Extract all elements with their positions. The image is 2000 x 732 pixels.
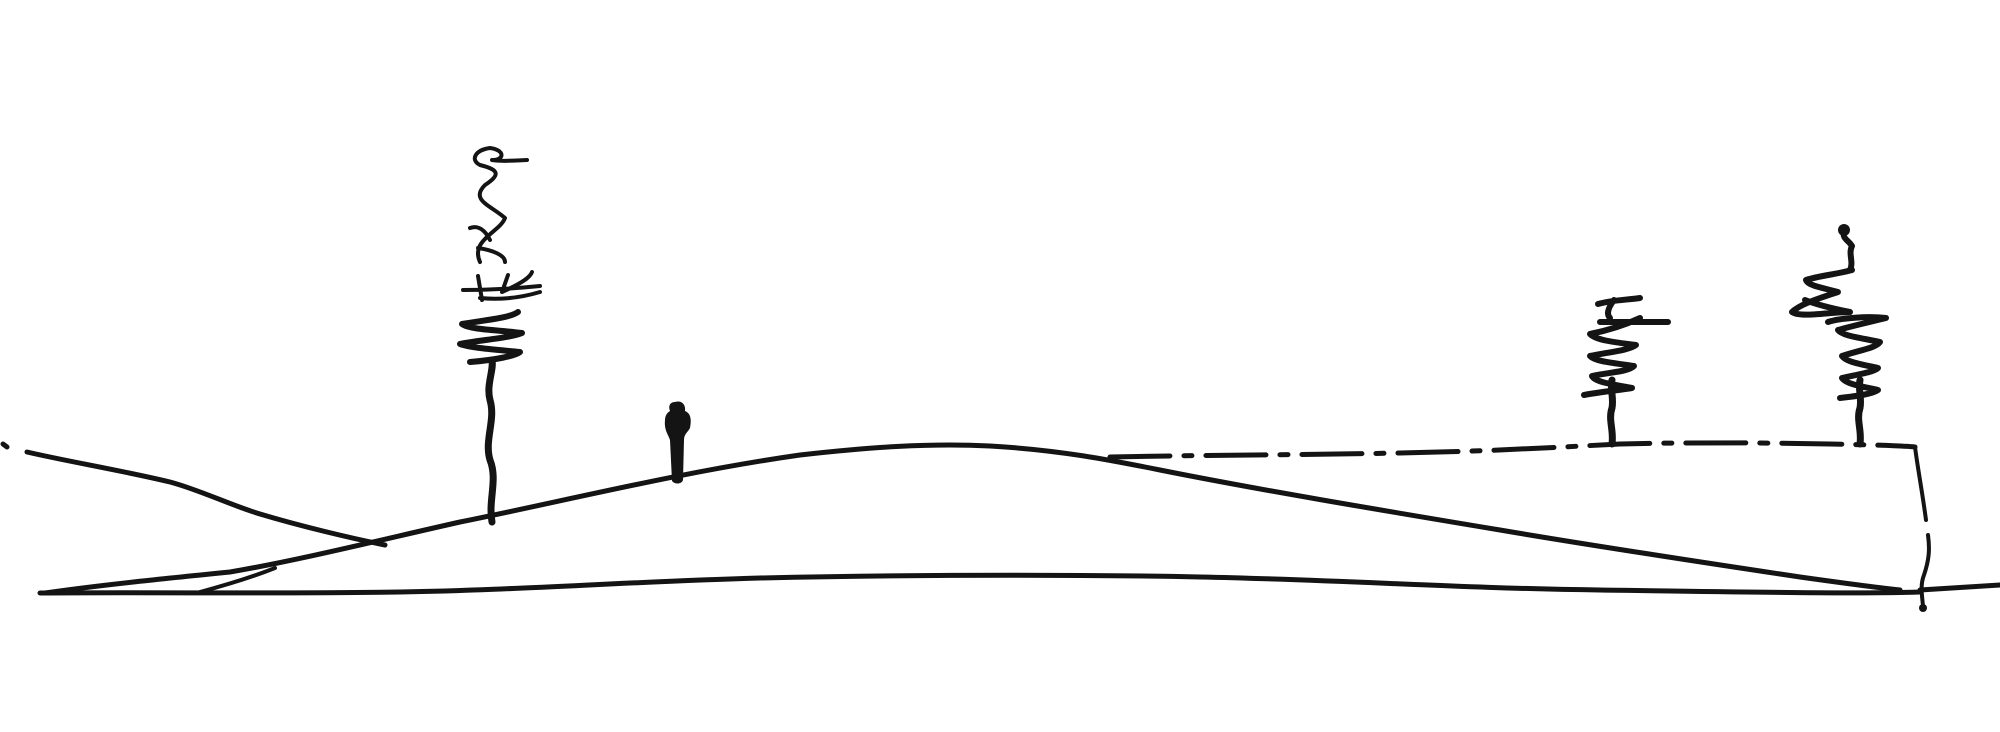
tree-right-2 bbox=[1792, 224, 1886, 444]
landscape-section-sketch bbox=[0, 0, 2000, 732]
ground-baseline bbox=[40, 575, 2000, 593]
central-mound bbox=[45, 445, 1900, 593]
human-figure bbox=[665, 401, 691, 483]
tall-tree-left bbox=[460, 148, 540, 522]
left-slope bbox=[3, 444, 385, 545]
tree-right-1 bbox=[1584, 298, 1668, 444]
plateau-dashed-edge bbox=[1110, 443, 1915, 457]
